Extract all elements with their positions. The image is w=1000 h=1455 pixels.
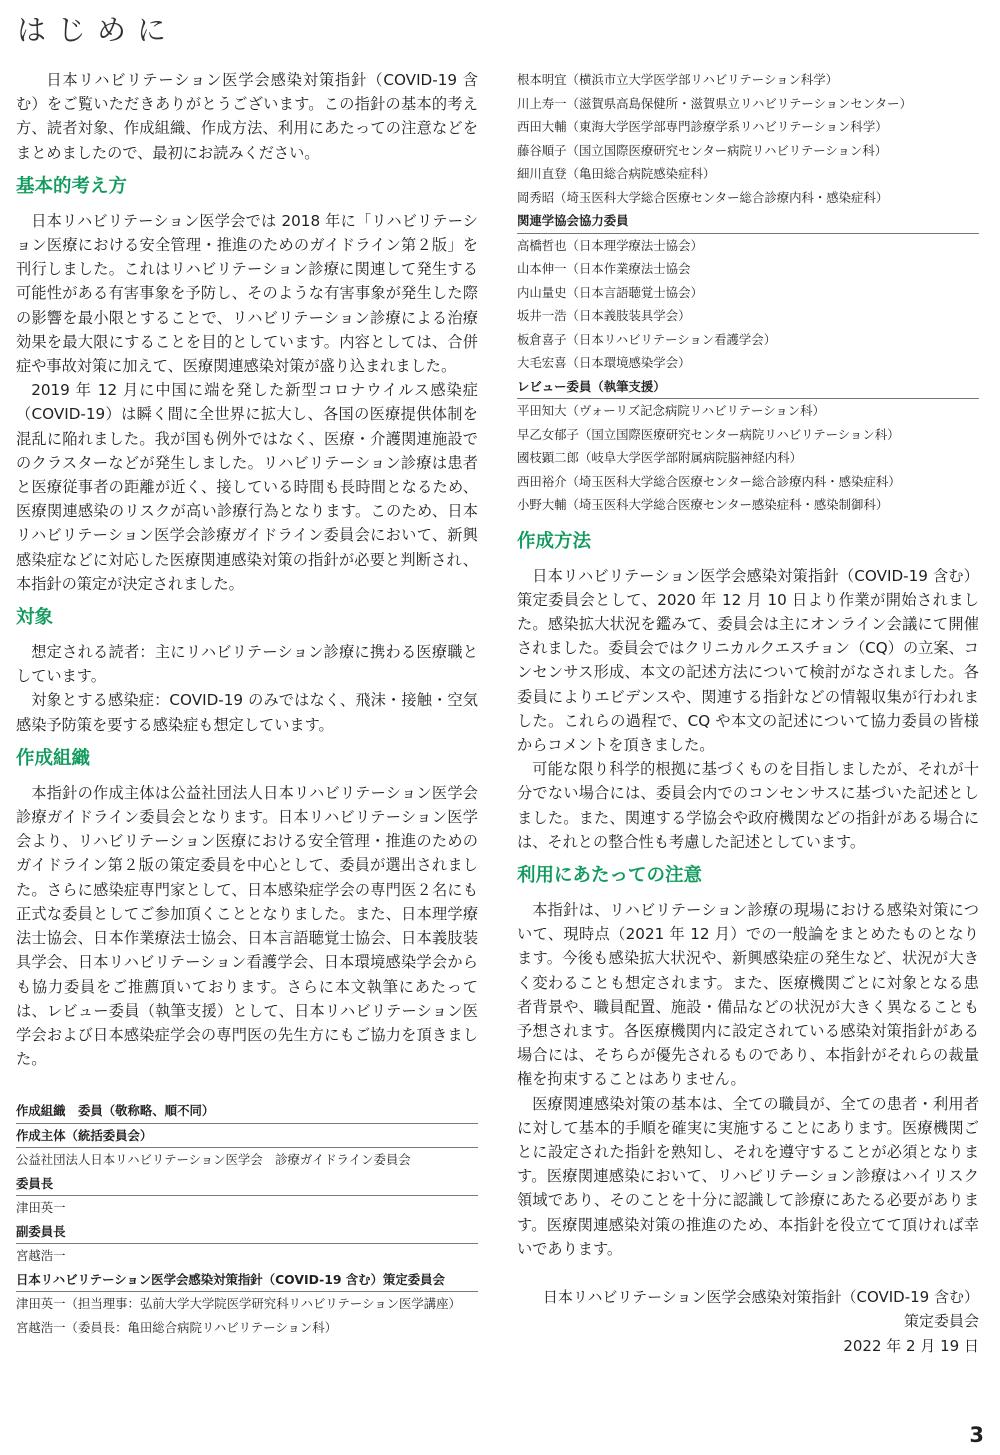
target-paragraph: 想定される読者：主にリハビリテーション診療に携わる医療職としています。: [16, 640, 478, 688]
roster-member: 山本伸一（日本作業療法士協会: [517, 257, 979, 281]
roster-member: 坂井一浩（日本義肢装具学会）: [517, 304, 979, 328]
section-heading-method: 作成方法: [517, 529, 979, 555]
roster-member: 内山量史（日本言語聴覚士協会）: [517, 281, 979, 305]
right-column: 根本明宜（横浜市立大学医学部リハビリテーション科学） 川上寿一（滋賀県高島保健所…: [517, 68, 979, 1358]
roster-committee-label: 日本リハビリテーション医学会感染対策指針（COVID-19 含む）策定委員会: [16, 1268, 478, 1293]
page-title: はじめに: [17, 8, 177, 49]
method-paragraph: 可能な限り科学的根拠に基づくものを目指しましたが、それが十分でない場合には、委員…: [517, 757, 979, 854]
roster-member: 平田知大（ヴォーリズ記念病院リハビリテーション科）: [517, 399, 979, 423]
committee-roster: 作成組織 委員（敬称略、順不同） 作成主体（統括委員会） 公益社団法人日本リハビ…: [16, 1099, 478, 1339]
roster-title: 作成組織 委員（敬称略、順不同）: [16, 1099, 478, 1124]
intro-paragraph: 日本リハビリテーション医学会感染対策指針（COVID-19 含む）をご覧いただき…: [16, 68, 478, 165]
section-heading-organization: 作成組織: [16, 746, 478, 772]
signoff-line2: 策定委員会: [517, 1309, 979, 1334]
roster-member: 宮越浩一（委員長：亀田総合病院リハビリテーション科）: [16, 1316, 478, 1340]
signoff: 日本リハビリテーション医学会感染対策指針（COVID-19 含む） 策定委員会 …: [517, 1285, 979, 1359]
roster-member: 早乙女郁子（国立国際医療研究センター病院リハビリテーション科）: [517, 423, 979, 447]
signoff-date: 2022 年 2 月 19 日: [517, 1334, 979, 1359]
roster-member: 藤谷順子（国立国際医療研究センター病院リハビリテーション科）: [517, 139, 979, 163]
roster-member: 西田裕介（埼玉医科大学総合医療センター総合診療内科・感染症科）: [517, 470, 979, 494]
method-paragraph: 日本リハビリテーション医学会感染対策指針（COVID-19 含む）策定委員会とし…: [517, 564, 979, 758]
target-paragraph: 対象とする感染症：COVID-19 のみではなく、飛沫・接触・空気感染予防策を要…: [16, 688, 478, 736]
signoff-line1: 日本リハビリテーション医学会感染対策指針（COVID-19 含む）: [517, 1285, 979, 1310]
roster-member: 高橋哲也（日本理学療法士協会）: [517, 234, 979, 258]
roster-lead-org: 公益社団法人日本リハビリテーション医学会 診療ガイドライン委員会: [16, 1148, 478, 1172]
page-number: 3: [969, 1423, 984, 1447]
roster-member: 國枝顕二郎（岐阜大学医学部附属病院脳神経内科）: [517, 446, 979, 470]
roster-member: 川上寿一（滋賀県高島保健所・滋賀県立リハビリテーションセンター）: [517, 92, 979, 116]
notes-paragraph: 本指針は、リハビリテーション診療の現場における感染対策について、現時点（2021…: [517, 898, 979, 1092]
roster-member: 大毛宏喜（日本環境感染学会）: [517, 351, 979, 375]
roster-member: 板倉喜子（日本リハビリテーション看護学会）: [517, 328, 979, 352]
notes-paragraph: 医療関連感染対策の基本は、全ての職員が、全ての患者・利用者に対して基本的手順を確…: [517, 1092, 979, 1261]
roster-lead-org-label: 作成主体（統括委員会）: [16, 1124, 478, 1149]
roster-member: 根本明宜（横浜市立大学医学部リハビリテーション科学）: [517, 68, 979, 92]
roster-cooperating-label: 関連学協会協力委員: [517, 209, 979, 234]
roster-vice-chair-label: 副委員長: [16, 1220, 478, 1245]
organization-paragraph: 本指針の作成主体は公益社団法人日本リハビリテーション医学会診療ガイドライン委員会…: [16, 781, 478, 1071]
basic-paragraph: 日本リハビリテーション医学会では 2018 年に「リハビリテーション医療における…: [16, 209, 478, 378]
left-column: 日本リハビリテーション医学会感染対策指針（COVID-19 含む）をご覧いただき…: [16, 68, 478, 1339]
committee-roster-continued: 根本明宜（横浜市立大学医学部リハビリテーション科学） 川上寿一（滋賀県高島保健所…: [517, 68, 979, 517]
section-heading-target: 対象: [16, 605, 478, 631]
roster-vice-chair: 宮越浩一: [16, 1244, 478, 1268]
roster-chair: 津田英一: [16, 1196, 478, 1220]
roster-review-label: レビュー委員（執筆支援）: [517, 375, 979, 400]
roster-member: 津田英一（担当理事：弘前大学大学院医学研究科リハビリテーション医学講座）: [16, 1292, 478, 1316]
roster-member: 細川直登（亀田総合病院感染症科）: [517, 162, 979, 186]
basic-paragraph: 2019 年 12 月に中国に端を発した新型コロナウイルス感染症（COVID-1…: [16, 378, 478, 596]
roster-member: 岡秀昭（埼玉医科大学総合医療センター総合診療内科・感染症科）: [517, 186, 979, 210]
section-heading-basic: 基本的考え方: [16, 174, 478, 200]
roster-member: 小野大輔（埼玉医科大学総合医療センター感染症科・感染制御科）: [517, 493, 979, 517]
roster-chair-label: 委員長: [16, 1172, 478, 1197]
roster-member: 西田大輔（東海大学医学部専門診療学系リハビリテーション科学）: [517, 115, 979, 139]
section-heading-notes: 利用にあたっての注意: [517, 863, 979, 889]
